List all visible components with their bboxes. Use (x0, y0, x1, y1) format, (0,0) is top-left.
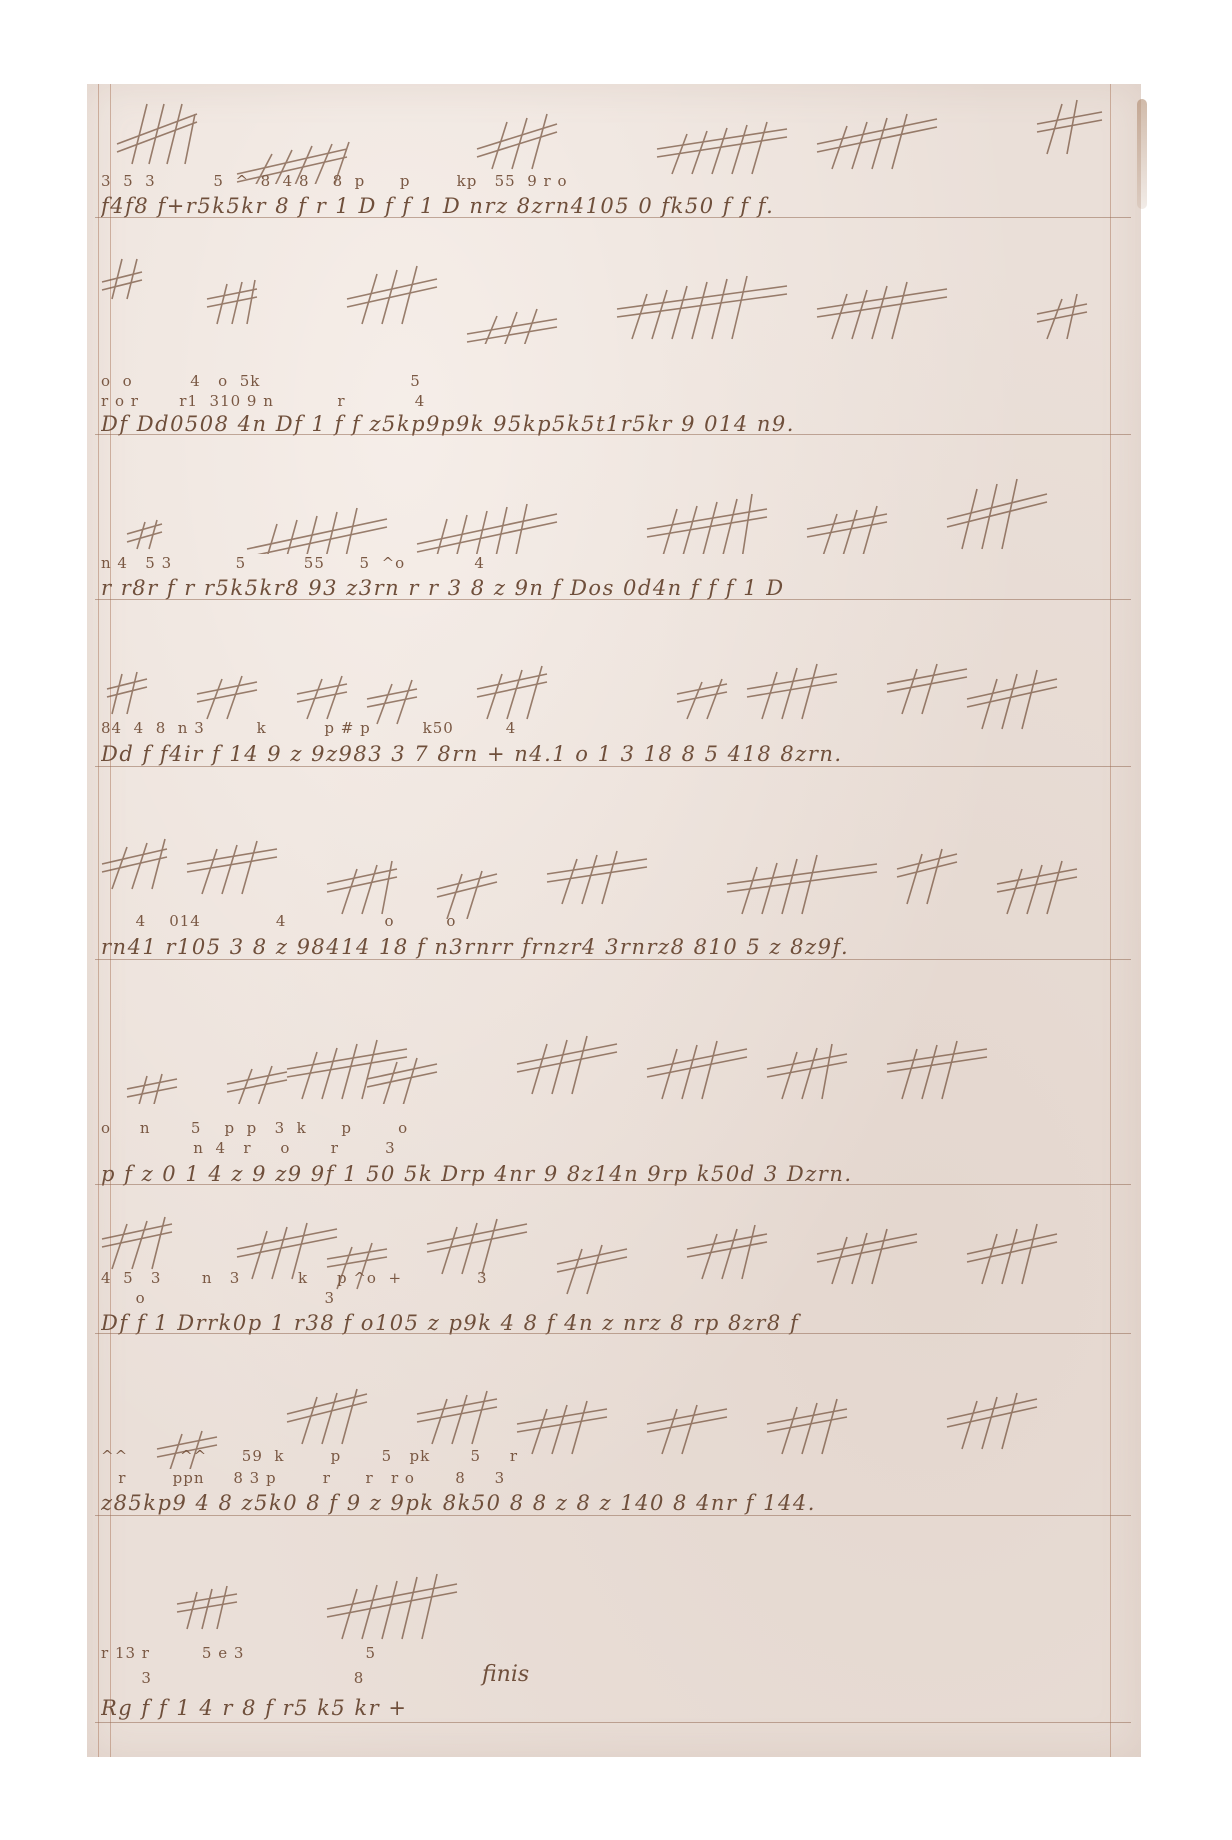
rhythm-flags-row (87, 829, 1141, 919)
staff-baseline (95, 217, 1131, 218)
rhythm-flags-icon (87, 1014, 1141, 1104)
rhythm-flags-row (87, 94, 1141, 184)
tablature-figures-upper: n 4 5 3 5 55 5 ^o 4 (101, 554, 1101, 572)
staff-baseline (95, 766, 1131, 767)
tablature-figures-upper: 4 014 4 o o (101, 912, 1101, 930)
rhythm-flags-icon (87, 254, 1141, 344)
rhythm-flags-icon (87, 829, 1141, 919)
tablature-line: Df Dd0508 4n Df 1 f f z5kp9p9k 95kp5k5t1… (101, 412, 1101, 436)
rhythm-flags-row (87, 464, 1141, 554)
finis-closing-word: finis (482, 1662, 529, 1687)
rhythm-flags-icon (87, 1554, 1141, 1644)
staff-baseline (95, 959, 1131, 960)
tablature-line: z85kp9 4 8 z5k0 8 f 9 z 9pk 8k50 8 8 z 8… (101, 1491, 1101, 1515)
tablature-figures-lower: r ppn 8 3 p r r r o 8 3 (101, 1469, 1101, 1487)
staff-baseline (95, 599, 1131, 600)
manuscript-page: 3 5 3 5 ^ 8 4 8 8 p p kp 55 9 r o f4f8 f… (87, 84, 1141, 1757)
tablature-line: Df f 1 Drrk0p 1 r38 f o105 z p9k 4 8 f 4… (101, 1311, 1101, 1335)
staff-baseline (95, 1722, 1131, 1723)
staff-baseline (95, 1515, 1131, 1516)
rhythm-flags-row (87, 1554, 1141, 1644)
tablature-figures-upper: ^^ ^^ 59 k p 5 pk 5 r (101, 1447, 1101, 1465)
tablature-line: Dd f f4ir f 14 9 z 9z983 3 7 8rn + n4.1 … (101, 742, 1101, 766)
tablature-figures-upper: r 13 r 5 e 3 5 (101, 1644, 1101, 1662)
tablature-line: Rg f f 1 4 r 8 f r5 k5 kr + (101, 1696, 501, 1720)
tablature-figures-upper: 84 4 8 n 3 k p # p k50 4 (101, 719, 1101, 737)
tablature-line: p f z 0 1 4 z 9 z9 9f 1 50 5k Drp 4nr 9 … (101, 1162, 1101, 1186)
tablature-line: r r8r f r r5k5kr8 93 z3rn r r 3 8 z 9n f… (101, 576, 1101, 600)
rhythm-flags-icon (87, 464, 1141, 554)
staff-baseline (95, 1333, 1131, 1334)
rhythm-flags-row (87, 1014, 1141, 1104)
tablature-figures-upper: o o 4 o 5k 5 (101, 372, 1101, 390)
rhythm-flags-row (87, 254, 1141, 344)
staff-baseline (95, 1184, 1131, 1185)
tablature-figures-upper: o n 5 p p 3 k p o (101, 1119, 1101, 1137)
staff-baseline (95, 434, 1131, 435)
tablature-figures-lower: n 4 r o r 3 (101, 1139, 1101, 1157)
rhythm-flags-icon (87, 94, 1141, 184)
tablature-line: f4f8 f+r5k5kr 8 f r 1 D f f 1 D nrz 8zrn… (101, 194, 1101, 218)
tablature-figures-lower: 3 8 (101, 1669, 1101, 1687)
tablature-figures-upper: 4 5 3 n 3 k p ^o + 3 (101, 1269, 1101, 1287)
tablature-figures-lower: r o r r1 310 9 n r 4 (101, 392, 1101, 410)
tablature-figures-lower: o 3 (101, 1289, 1101, 1307)
tablature-line: rn41 r105 3 8 z 98414 18 f n3rnrr frnzr4… (101, 935, 1101, 959)
tablature-figures-upper: 3 5 3 5 ^ 8 4 8 8 p p kp 55 9 r o (101, 172, 1101, 190)
